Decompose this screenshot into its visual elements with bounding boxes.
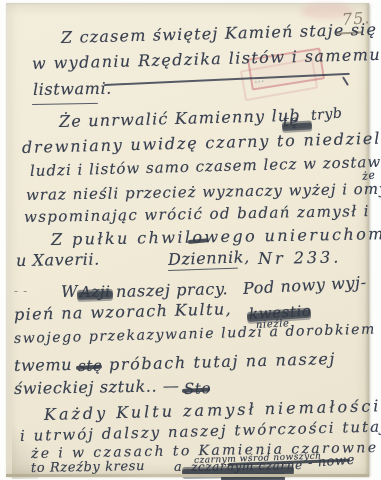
handwriting-line: pień na wzorach Kultu, (14, 299, 233, 324)
strikethrough-scribble (77, 291, 113, 298)
handwriting-line: ludzi i listów samo czasem lecz w zostaw… (30, 152, 381, 180)
handwriting-line: listwami. (33, 79, 112, 99)
handwriting-line: Z czasem świętej Kamień staje się (61, 20, 378, 47)
handwriting-line: u Xaverii. (16, 250, 100, 270)
handwriting-line: wspominając wrócić od badań zamysł i (24, 202, 370, 226)
handwriting-line: Dziennik, (168, 247, 250, 269)
handwriting-line: Nr 233. (258, 248, 342, 268)
handwriting-line: W (61, 282, 78, 301)
handwriting-line: tryb (310, 105, 343, 124)
strikethrough-scribble (282, 122, 312, 129)
handwriting-line: Że unrwalić Kamienny lub (59, 106, 301, 131)
handwriting-line: swojego przekazywanie ludzi a dorobkiem (14, 322, 376, 347)
handwriting-line: Z pułku chwilowego unieruchomić (51, 224, 381, 249)
handwriting-line: twemu (14, 355, 72, 375)
handwriting-line: próbach tutaj na naszej (109, 349, 336, 374)
handwriting-line: naszej pracy. (116, 279, 229, 301)
underline-stroke (32, 103, 98, 106)
underline-stroke (342, 76, 349, 85)
handwriting-line: - - (14, 284, 28, 298)
handwriting-line: wraz nieśli przecież wyznaczy wyżej i om… (26, 179, 381, 204)
paper-bottom-edge (6, 474, 369, 477)
manuscript-page: ··· 75. Z czasem świętej Kamień staje si… (6, 3, 369, 476)
handwriting-line: świeckiej sztuk.. — (14, 376, 180, 398)
scanned-manuscript: ··· 75. Z czasem świętej Kamień staje si… (0, 0, 381, 480)
handwriting-line: drewniany uwidzę czarny to niedzielę (22, 128, 381, 157)
handwriting-line: w wydaniu Rzędzika listów i samemu (32, 45, 381, 73)
handwriting-line: Pod nowy wyj- (243, 273, 368, 298)
